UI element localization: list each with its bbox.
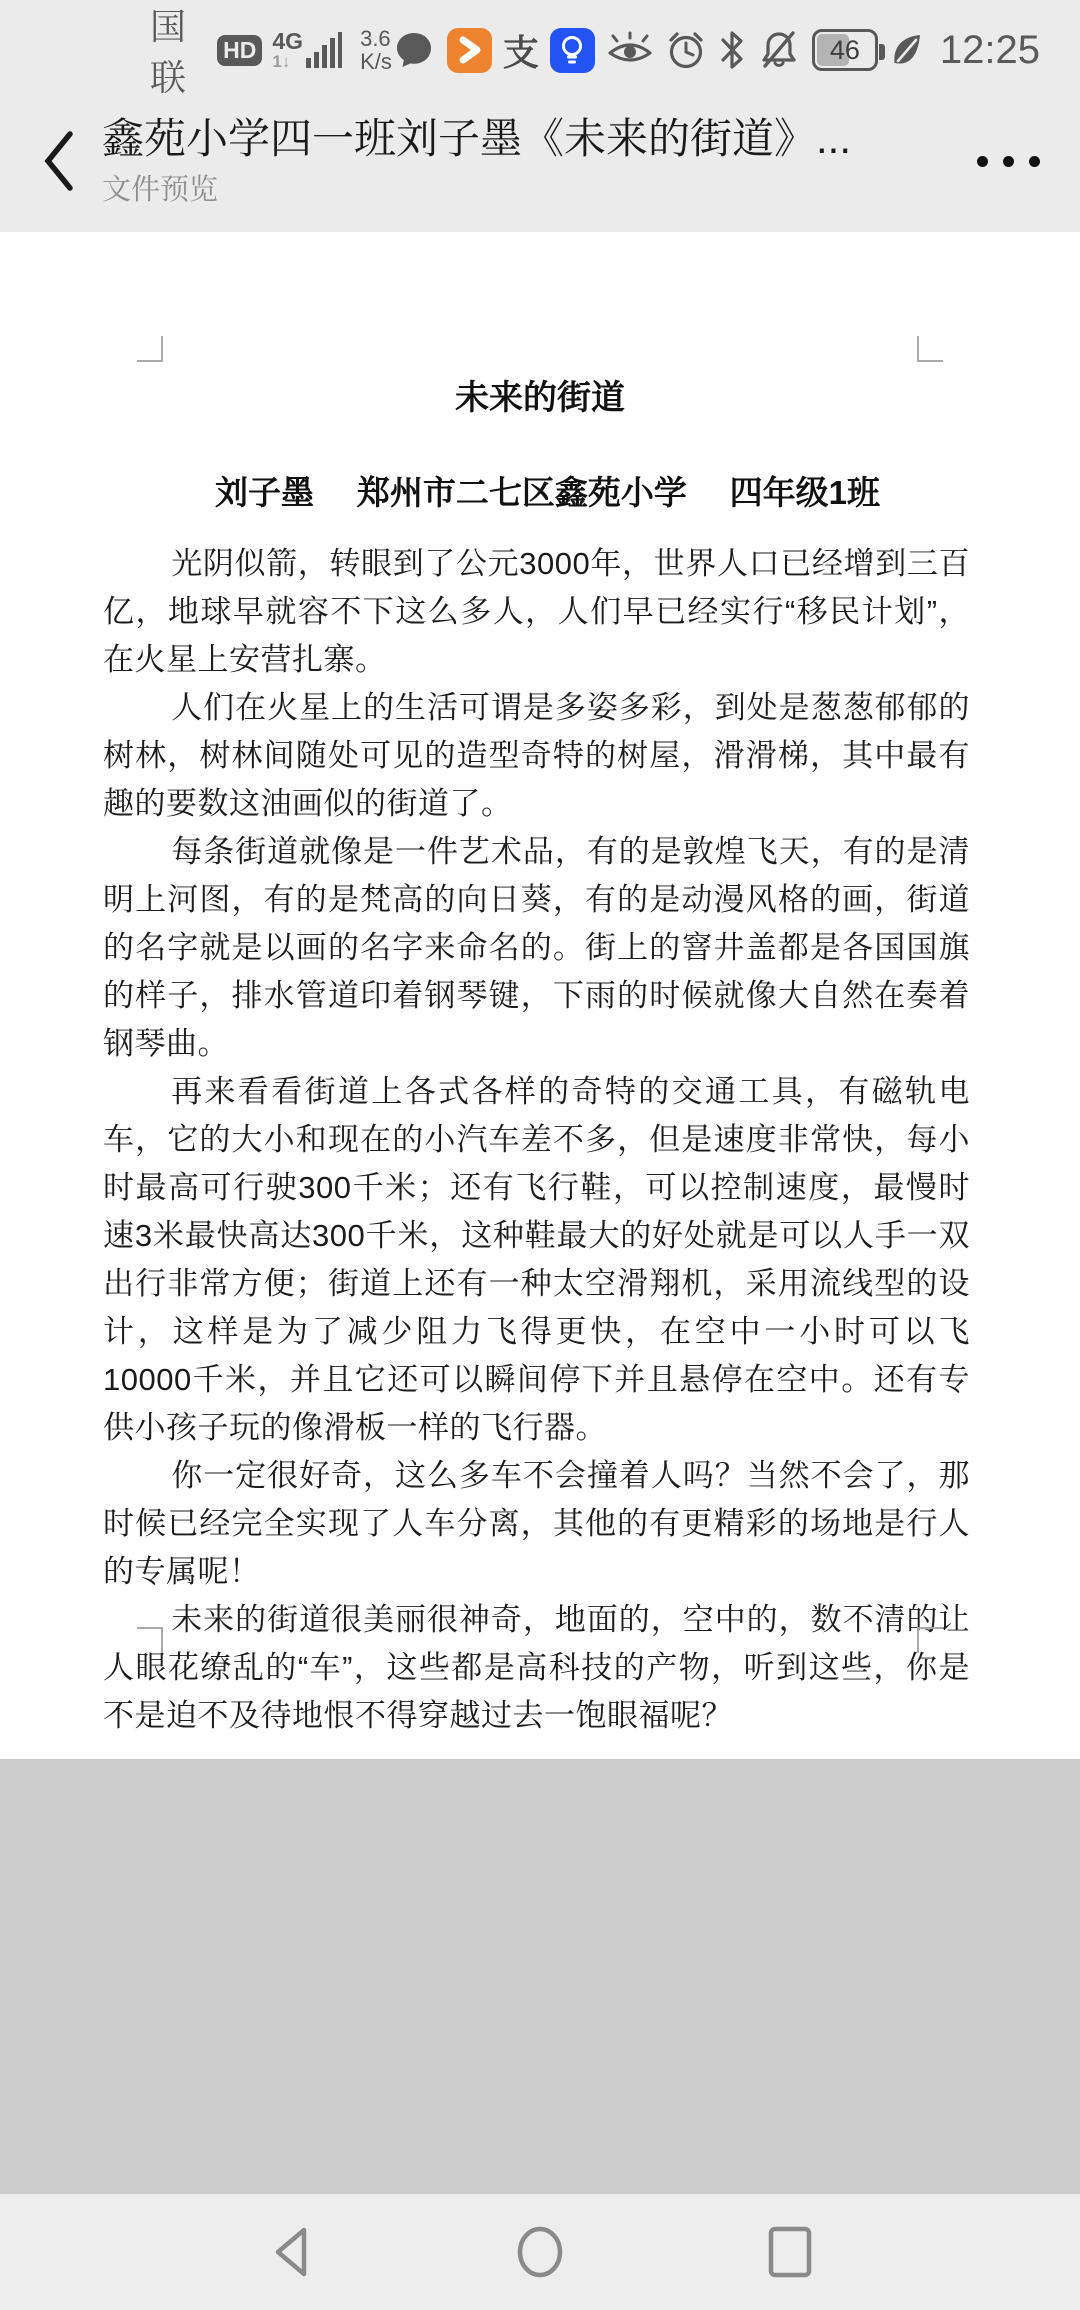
document-paragraph: 未来的街道很美丽很神奇，地面的，空中的，数不清的让人眼花缭乱的“车”，这些都是高…: [103, 1596, 970, 1740]
back-triangle-icon: [270, 2224, 310, 2280]
home-circle-icon: [515, 2224, 565, 2280]
corner-mark-bottom-left: [137, 1627, 163, 1653]
hd-badge: HD: [217, 35, 262, 66]
nav-home-button[interactable]: [510, 2222, 570, 2282]
app-header: 鑫苑小学四一班刘子墨《未来的街道》... 文件预览: [0, 100, 1080, 232]
byline-school: 郑州市二七区鑫苑小学: [357, 467, 687, 514]
corner-mark-bottom-right: [917, 1627, 943, 1653]
eye-comfort-icon: [606, 31, 654, 69]
document-paragraph: 光阴似箭，转眼到了公元3000年，世界人口已经增到三百亿，地球早就容不下这么多人…: [103, 540, 970, 684]
document-title: 未来的街道: [0, 232, 1080, 419]
orange-play-app-icon: [447, 28, 492, 73]
clock-label: 12:25: [940, 28, 1040, 73]
header-text-block: 鑫苑小学四一班刘子墨《未来的街道》... 文件预览: [102, 114, 963, 207]
leaf-power-saving-icon: [889, 31, 925, 69]
battery-percent-label: 46: [830, 35, 860, 66]
system-nav-bar: [0, 2194, 1080, 2310]
corner-mark-top-right: [917, 336, 943, 362]
status-bar: 中国联通 HD 4G 1↓ 3.6 K/s: [0, 0, 1080, 100]
byline-author: 刘子墨: [215, 467, 314, 514]
page-title: 鑫苑小学四一班刘子墨《未来的街道》...: [102, 114, 963, 164]
message-bubble-icon: [392, 28, 436, 72]
signal-bars-icon: [306, 30, 342, 70]
document-paragraph: 再来看看街道上各式各样的奇特的交通工具，有磁轨电车，它的大小和现在的小汽车差不多…: [103, 1068, 970, 1452]
document-paragraph: 人们在火星上的生活可谓是多姿多彩，到处是葱葱郁郁的树林，树林间随处可见的造型奇特…: [103, 684, 970, 828]
byline-class: 四年级1班: [730, 467, 880, 514]
nav-recents-button[interactable]: [760, 2222, 820, 2282]
battery-indicator: 46: [812, 29, 878, 71]
sim2-indicator: 1↓: [272, 53, 290, 70]
bluetooth-icon: [718, 29, 746, 71]
document-body: 光阴似箭，转眼到了公元3000年，世界人口已经增到三百亿，地球早就容不下这么多人…: [0, 514, 1080, 1740]
network-speed-value: 3.6: [360, 27, 391, 50]
preview-background: [0, 1759, 1080, 2194]
nav-back-button[interactable]: [260, 2222, 320, 2282]
status-right-group: 支: [392, 25, 1040, 76]
more-dots-icon: [977, 156, 988, 167]
alarm-clock-icon: [665, 29, 707, 71]
signal-icon: 4G 1↓: [272, 30, 342, 70]
network-speed-unit: K/s: [360, 50, 392, 73]
page-subtitle: 文件预览: [102, 167, 963, 208]
chevron-left-icon: [40, 128, 76, 194]
document-paragraph: 你一定很好奇，这么多车不会撞着人吗？当然不会了，那时候已经完全实现了人车分离，其…: [103, 1452, 970, 1596]
document-preview-page[interactable]: 未来的街道 刘子墨 郑州市二七区鑫苑小学 四年级1班 光阴似箭，转眼到了公元30…: [0, 232, 1080, 1759]
document-byline: 刘子墨 郑州市二七区鑫苑小学 四年级1班: [0, 467, 1080, 514]
back-button[interactable]: [30, 126, 86, 196]
alipay-icon: 支: [503, 25, 539, 76]
lightbulb-app-icon: [550, 28, 595, 73]
more-options-button[interactable]: [973, 146, 1044, 177]
network-type-label: 4G: [272, 30, 303, 53]
recents-square-icon: [766, 2224, 814, 2280]
mute-bell-icon: [757, 28, 801, 72]
screen: 中国联通 HD 4G 1↓ 3.6 K/s: [0, 0, 1080, 2310]
document-paragraph: 每条街道就像是一件艺术品，有的是敦煌飞天，有的是清明上河图，有的是梵高的向日葵，…: [103, 828, 970, 1068]
network-speed: 3.6 K/s: [360, 27, 392, 73]
corner-mark-top-left: [137, 336, 163, 362]
